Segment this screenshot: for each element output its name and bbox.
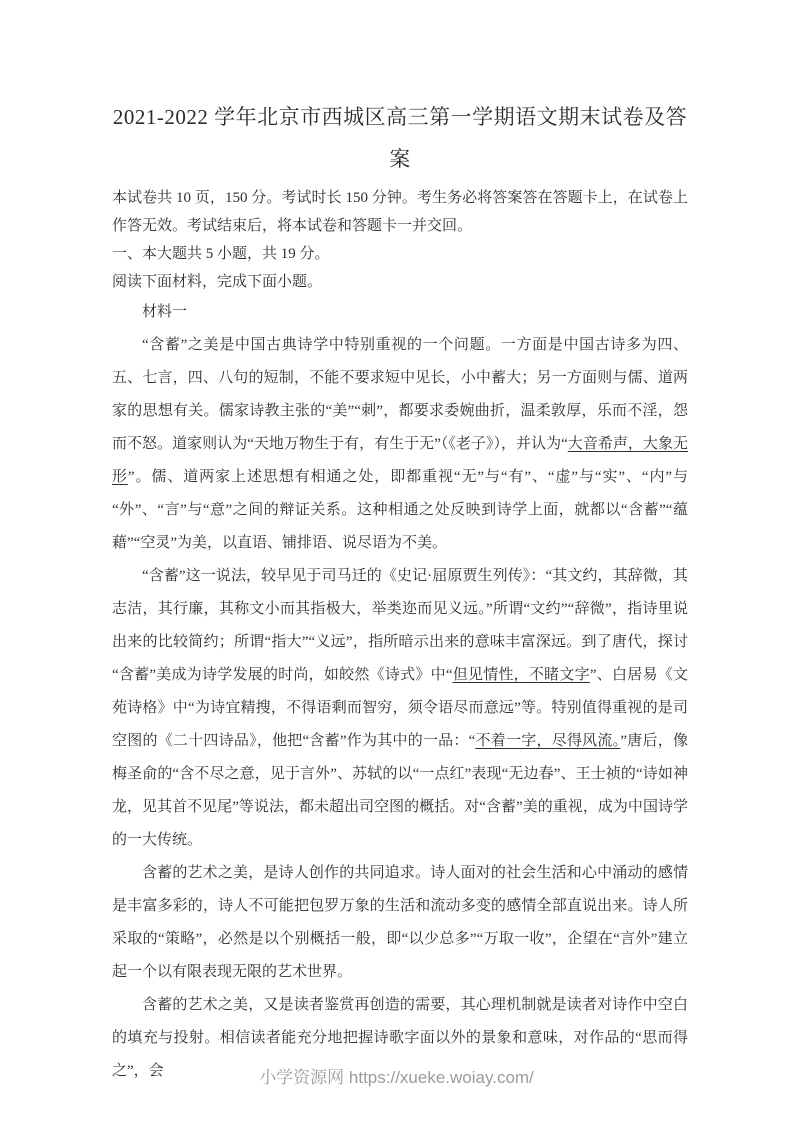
paragraph: 含蓄的艺术之美，是诗人创作的共同追求。诗人面对的社会生活和心中涌动的感情是丰富多… xyxy=(112,857,688,989)
exam-header-block: 本试卷共 10 页，150 分。考试时长 150 分钟。考生务必将答案答在答题卡… xyxy=(112,184,688,296)
reading-prompt: 阅读下面材料，完成下面小题。 xyxy=(112,268,688,296)
document-content: 2021-2022 学年北京市西城区高三第一学期语文期末试卷及答案 本试卷共 1… xyxy=(112,96,688,1088)
material-body: 材料一 “含蓄”之美是中国古典诗学中特别重视的一个问题。一方面是中国古诗多为四、… xyxy=(112,296,688,1088)
paragraph: “含蓄”之美是中国古典诗学中特别重视的一个问题。一方面是中国古诗多为四、五、七言… xyxy=(112,329,688,560)
footer-watermark: 小学资源网 https://xueke.woiay.com/ xyxy=(0,1066,793,1090)
exam-instructions: 本试卷共 10 页，150 分。考试时长 150 分钟。考生务必将答案答在答题卡… xyxy=(112,184,688,240)
section-heading: 一、本大题共 5 小题，共 19 分。 xyxy=(112,240,688,268)
material-label: 材料一 xyxy=(112,296,688,329)
page-title: 2021-2022 学年北京市西城区高三第一学期语文期末试卷及答案 xyxy=(112,96,688,180)
paragraph: “含蓄”这一说法，较早见于司马迁的《史记·屈原贾生列传》：“其文约，其辞微，其志… xyxy=(112,560,688,857)
